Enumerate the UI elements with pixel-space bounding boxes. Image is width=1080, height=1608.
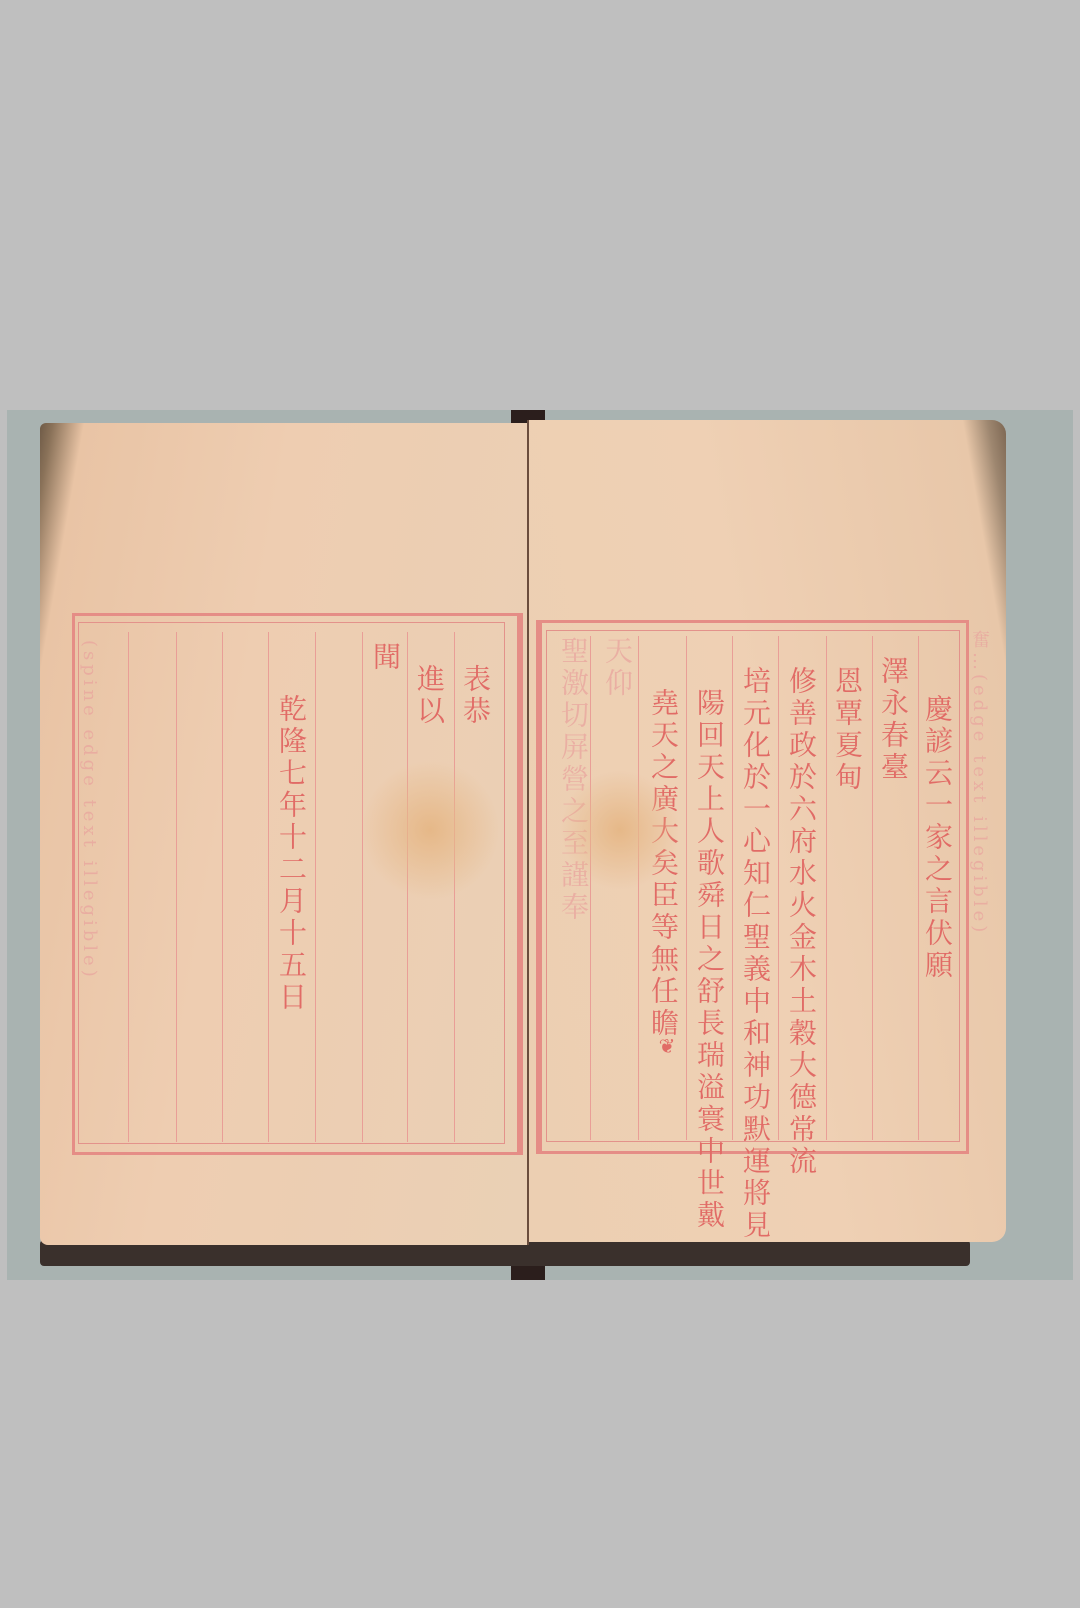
column-rule [268,632,269,1142]
text-column: 陽回天上人歌舜日之舒長瑞溢寰中世戴 [692,688,726,1232]
date-column: 乾隆七年十二月十五日 [274,694,308,1014]
column-rule [362,632,363,1142]
column-rule [638,636,639,1140]
column-rule [590,636,591,1140]
column-rule [872,636,873,1140]
column-rule [222,632,223,1142]
spine-margin-text: (spine edge text illegible) [72,640,106,981]
text-column: 進以 [412,664,446,728]
column-rule [826,636,827,1140]
text-column: 慶諺云一家之言伏願 [920,694,954,982]
column-rule [176,632,177,1142]
column-rule [732,636,733,1140]
text-column: 天仰 [600,636,634,700]
text-column: 培元化於一心知仁聖義中和神功默運將見 [738,666,772,1242]
text-column: 恩覃夏甸 [830,666,864,794]
text-column: 修善政於六府水火金木土穀大德常流 [784,666,818,1178]
book-gutter [527,420,529,1245]
ornament: ❦ [650,1034,684,1062]
column-rule [778,636,779,1140]
page-margin-text: 奮…(edge text illegible) [962,630,996,936]
water-stain [560,770,680,890]
water-stain [360,760,500,900]
text-column: 澤永春臺 [876,656,910,784]
text-column: 聞 [368,642,402,674]
column-rule [686,636,687,1140]
column-rule [128,632,129,1142]
text-column: 表恭 [458,664,492,728]
column-rule [315,632,316,1142]
column-rule [918,636,919,1140]
